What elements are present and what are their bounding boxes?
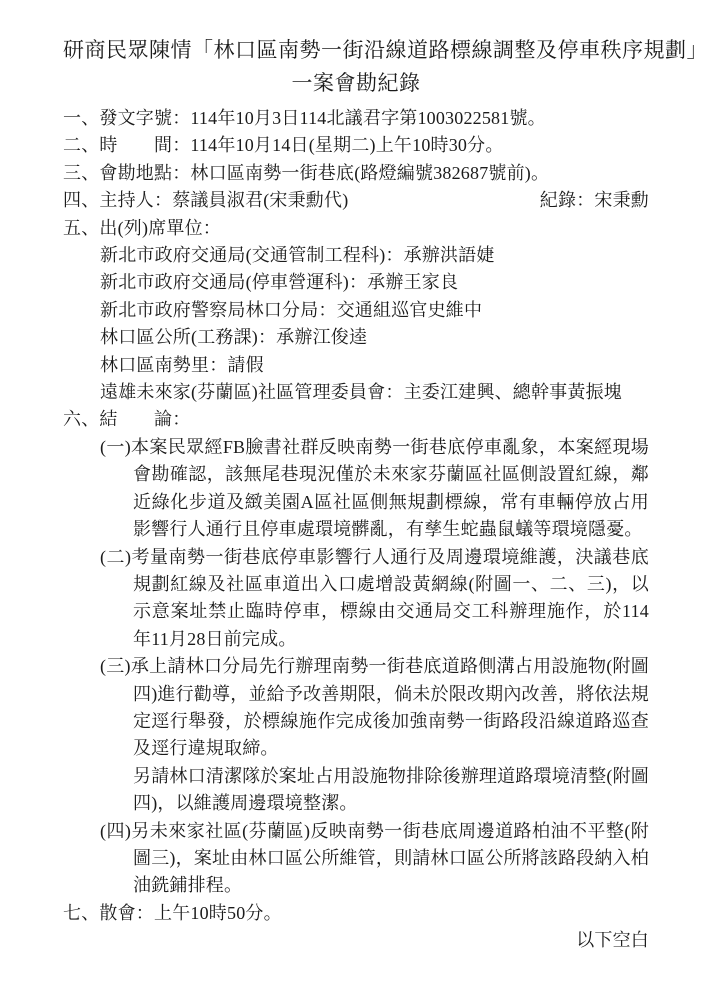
attendee-line-community-committee: 遠雄未來家(芬蘭區)社區管理委員會：主委江建興、總幹事黃振塊	[100, 379, 649, 406]
attendee-line-parking-operations: 新北市政府交通局(停車營運科)：承辦王家良	[100, 269, 649, 296]
conclusion-list: (一)本案民眾經FB臉書社群反映南勢一街巷底停車亂象，本案經現場會勘確認，該無尾…	[63, 434, 649, 900]
meeting-minutes-page: 研商民眾陳情「林口區南勢一街沿線道路標線調整及停車秩序規劃」 一案會勘紀錄 一、…	[0, 0, 707, 1000]
attendee-list: 新北市政府交通局(交通管制工程科)：承辦洪語婕 新北市政府交通局(停車營運科)：…	[63, 242, 649, 406]
conclusion-item-2: (二)考量南勢一街巷底停車影響行人通行及周邊環境維護，決議巷底規劃紅線及社區車道…	[63, 544, 649, 654]
item-host-row: 四、主持人：蔡議員淑君(宋秉勳代) 紀錄：宋秉勳	[63, 187, 649, 214]
document-body: 一、發文字號：114年10月3日114北議君字第1003022581號。 二、時…	[63, 105, 649, 955]
conclusion-item-4: (四)另未來家社區(芬蘭區)反映南勢一街巷底周邊道路柏油不平整(附圖三)，案址由…	[63, 818, 649, 900]
attendee-line-traffic-engineering: 新北市政府交通局(交通管制工程科)：承辦洪語婕	[100, 242, 649, 269]
conclusion-item-3-supplement: 另請林口清潔隊於案址占用設施物排除後辦理道路環境清整(附圖四)，以維護周邊環境整…	[133, 763, 649, 818]
attendee-line-police-precinct: 新北市政府警察局林口分局：交通組巡官史維中	[100, 297, 649, 324]
host-label: 四、主持人：蔡議員淑君(宋秉勳代)	[63, 187, 348, 214]
conclusion-item-3: (三)承上請林口分局先行辦理南勢一街巷底道路側溝占用設施物(附圖四)進行勸導，並…	[63, 653, 649, 763]
document-title: 研商民眾陳情「林口區南勢一街沿線道路標線調整及停車秩序規劃」 一案會勘紀錄	[63, 34, 649, 100]
item-meeting-time: 二、時 間：114年10月14日(星期二)上午10時30分。	[63, 132, 649, 159]
recorder-label: 紀錄：宋秉勳	[540, 187, 649, 214]
conclusion-item-1: (一)本案民眾經FB臉書社群反映南勢一街巷底停車亂象，本案經現場會勘確認，該無尾…	[63, 434, 649, 544]
document-title-line1: 研商民眾陳情「林口區南勢一街沿線道路標線調整及停車秩序規劃」	[63, 34, 649, 67]
blank-below-note: 以下空白	[63, 927, 649, 954]
item-conclusion-heading: 六、結 論：	[63, 406, 649, 433]
item-inspection-location: 三、會勘地點：林口區南勢一街巷底(路燈編號382687號前)。	[63, 160, 649, 187]
item-adjournment: 七、散會：上午10時50分。	[63, 900, 649, 927]
document-title-line2: 一案會勘紀錄	[63, 67, 649, 100]
item-attendees-heading: 五、出(列)席單位：	[63, 215, 649, 242]
item-issue-number: 一、發文字號：114年10月3日114北議君字第1003022581號。	[63, 105, 649, 132]
attendee-line-district-office: 林口區公所(工務課)：承辦江俊逵	[100, 324, 649, 351]
attendee-line-village: 林口區南勢里：請假	[100, 352, 649, 379]
